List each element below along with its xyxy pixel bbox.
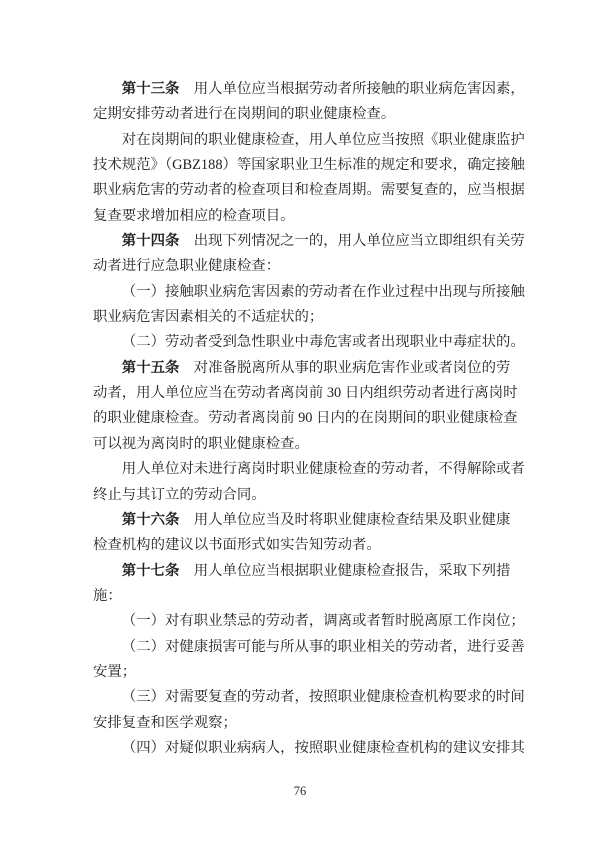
- text-line: 可以视为离岗时的职业健康检查。: [93, 432, 525, 457]
- text-line: 用人单位对未进行离岗时职业健康检查的劳动者，不得解除或者: [93, 457, 525, 482]
- text-segment: 动者，用人单位应当在劳动者离岗前 30 日内组织劳动者进行离岗时: [93, 385, 518, 401]
- text-segment: 出现下列情况之一的，用人单位应当立即组织有关劳: [179, 233, 524, 249]
- text-line: （一）对有职业禁忌的劳动者，调离或者暂时脱离原工作岗位；: [93, 609, 525, 634]
- article-number: 第十七条: [122, 563, 180, 579]
- text-segment: 定期安排劳动者进行在岗期间的职业健康检查。: [93, 106, 395, 122]
- text-line: 的职业健康检查。劳动者离岗前 90 日内的在岗期间的职业健康检查: [93, 406, 525, 431]
- article-number: 第十四条: [122, 233, 180, 249]
- document-body: 第十三条 用人单位应当根据劳动者所接触的职业病危害因素，定期安排劳动者进行在岗期…: [93, 77, 525, 761]
- text-line: （二）对健康损害可能与所从事的职业相关的劳动者，进行妥善: [93, 635, 525, 660]
- text-line: 动者，用人单位应当在劳动者离岗前 30 日内组织劳动者进行离岗时: [93, 381, 525, 406]
- text-line: （二）劳动者受到急性职业中毒危害或者出现职业中毒症状的。: [93, 330, 525, 355]
- text-segment: 检查机构的建议以书面形式如实告知劳动者。: [93, 537, 381, 553]
- document-page: 第十三条 用人单位应当根据劳动者所接触的职业病危害因素，定期安排劳动者进行在岗期…: [0, 0, 600, 848]
- text-line: 职业病危害的劳动者的检查项目和检查周期。需要复查的，应当根据: [93, 178, 525, 203]
- text-segment: 终止与其订立的劳动合同。: [93, 487, 266, 503]
- text-segment: 用人单位应当及时将职业健康检查结果及职业健康: [179, 512, 510, 528]
- text-segment: 安排复查和医学观察；: [93, 715, 237, 731]
- text-segment: 职业病危害的劳动者的检查项目和检查周期。需要复查的，应当根据: [93, 182, 525, 198]
- text-line: 复查要求增加相应的检查项目。: [93, 204, 525, 229]
- text-segment: （二）对健康损害可能与所从事的职业相关的劳动者，进行妥善: [122, 639, 525, 655]
- article-number: 第十六条: [122, 512, 180, 528]
- text-line: 第十七条 用人单位应当根据职业健康检查报告，采取下列措: [93, 559, 525, 584]
- text-line: 第十四条 出现下列情况之一的，用人单位应当立即组织有关劳: [93, 229, 525, 254]
- text-line: 动者进行应急职业健康检查：: [93, 254, 525, 279]
- text-line: （一）接触职业病危害因素的劳动者在作业过程中出现与所接触: [93, 280, 525, 305]
- text-segment: （二）劳动者受到急性职业中毒危害或者出现职业中毒症状的。: [122, 334, 525, 350]
- text-segment: 用人单位对未进行离岗时职业健康检查的劳动者，不得解除或者: [122, 461, 525, 477]
- text-segment: 施：: [93, 588, 122, 604]
- text-segment: 对准备脱离所从事的职业病危害作业或者岗位的劳: [179, 360, 510, 376]
- text-line: 职业病危害因素相关的不适症状的；: [93, 305, 525, 330]
- text-line: （四）对疑似职业病病人，按照职业健康检查机构的建议安排其: [93, 736, 525, 761]
- text-segment: （一）对有职业禁忌的劳动者，调离或者暂时脱离原工作岗位；: [122, 613, 525, 629]
- text-segment: （四）对疑似职业病病人，按照职业健康检查机构的建议安排其: [122, 740, 525, 756]
- text-segment: 动者进行应急职业健康检查：: [93, 258, 280, 274]
- text-segment: 用人单位应当根据劳动者所接触的职业病危害因素，: [179, 81, 524, 97]
- text-segment: （一）接触职业病危害因素的劳动者在作业过程中出现与所接触: [122, 284, 525, 300]
- text-segment: 复查要求增加相应的检查项目。: [93, 208, 294, 224]
- text-segment: 可以视为离岗时的职业健康检查。: [93, 436, 309, 452]
- text-line: 终止与其订立的劳动合同。: [93, 483, 525, 508]
- text-segment: 的职业健康检查。劳动者离岗前 90 日内的在岗期间的职业健康检查: [93, 410, 518, 426]
- text-line: 对在岗期间的职业健康检查，用人单位应当按照《职业健康监护: [93, 128, 525, 153]
- text-line: 定期安排劳动者进行在岗期间的职业健康检查。: [93, 102, 525, 127]
- text-line: 施：: [93, 584, 525, 609]
- page-number: 76: [0, 784, 600, 799]
- text-line: （三）对需要复查的劳动者，按照职业健康检查机构要求的时间: [93, 685, 525, 710]
- text-segment: 对在岗期间的职业健康检查，用人单位应当按照《职业健康监护: [122, 132, 525, 148]
- text-line: 安置；: [93, 660, 525, 685]
- article-number: 第十三条: [122, 81, 180, 97]
- text-line: 第十三条 用人单位应当根据劳动者所接触的职业病危害因素，: [93, 77, 525, 102]
- text-line: 技术规范》（GBZ188）等国家职业卫生标准的规定和要求，确定接触: [93, 153, 525, 178]
- text-line: 安排复查和医学观察；: [93, 711, 525, 736]
- text-segment: 技术规范》（GBZ188）等国家职业卫生标准的规定和要求，确定接触: [93, 157, 525, 173]
- text-segment: 安置；: [93, 664, 136, 680]
- text-line: 检查机构的建议以书面形式如实告知劳动者。: [93, 533, 525, 558]
- text-line: 第十五条 对准备脱离所从事的职业病危害作业或者岗位的劳: [93, 356, 525, 381]
- article-number: 第十五条: [122, 360, 180, 376]
- text-segment: 职业病危害因素相关的不适症状的；: [93, 309, 323, 325]
- text-segment: 用人单位应当根据职业健康检查报告，采取下列措: [179, 563, 510, 579]
- text-segment: （三）对需要复查的劳动者，按照职业健康检查机构要求的时间: [122, 689, 525, 705]
- text-line: 第十六条 用人单位应当及时将职业健康检查结果及职业健康: [93, 508, 525, 533]
